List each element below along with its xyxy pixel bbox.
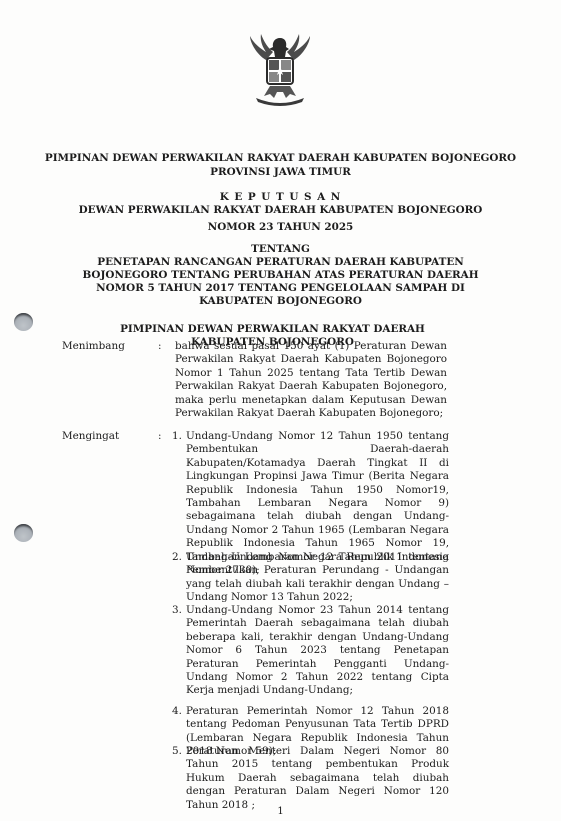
item-number: 3. [172,604,182,617]
punch-hole [14,313,33,331]
item-number: 5. [172,745,182,758]
institution-heading: DEWAN PERWAKILAN RAKYAT DAERAH KABUPATEN… [0,203,561,217]
item-text: Undang-Undang Nomor 23 Tahun 2014 tentan… [186,604,449,698]
header-line-1: PIMPINAN DEWAN PERWAKILAN RAKYAT DAERAH … [0,151,561,165]
punch-hole [14,524,33,542]
menimbang-text: bahwa sesuai pasal 150 ayat (1) Peratura… [175,340,447,420]
item-number: 4. [172,705,182,718]
header-line-2: PROVINSI JAWA TIMUR [0,165,561,179]
item-number: 2. [172,551,182,564]
subject-line-3: NOMOR 5 TAHUN 2017 TENTANG PENGELOLAAN S… [0,281,561,295]
subject-line-4: KABUPATEN BOJONEGORO [0,294,561,308]
authority-line-1: PIMPINAN DEWAN PERWAKILAN RAKYAT DAERAH [0,322,553,336]
garuda-emblem-icon [226,30,334,110]
mengingat-colon: : [158,430,162,442]
keputusan-heading: K E P U T U S A N [0,190,561,204]
subject-line-2: BOJONEGORO TENTANG PERUBAHAN ATAS PERATU… [0,268,561,282]
document-page: PIMPINAN DEWAN PERWAKILAN RAKYAT DAERAH … [0,0,561,821]
menimbang-label: Menimbang [62,340,125,352]
menimbang-colon: : [158,340,162,352]
mengingat-label: Mengingat [62,430,119,442]
item-text: Undang-Undang Nomor 12 Tahun 2011 tentan… [186,551,449,605]
item-number: 1. [172,430,182,443]
decree-number: NOMOR 23 TAHUN 2025 [0,220,561,234]
page-number: 1 [0,806,561,817]
tentang-heading: TENTANG [0,242,561,256]
item-text: Peraturan Menteri Dalam Negeri Nomor 80 … [186,745,449,812]
subject-line-1: PENETAPAN RANCANGAN PERATURAN DAERAH KAB… [0,255,561,269]
